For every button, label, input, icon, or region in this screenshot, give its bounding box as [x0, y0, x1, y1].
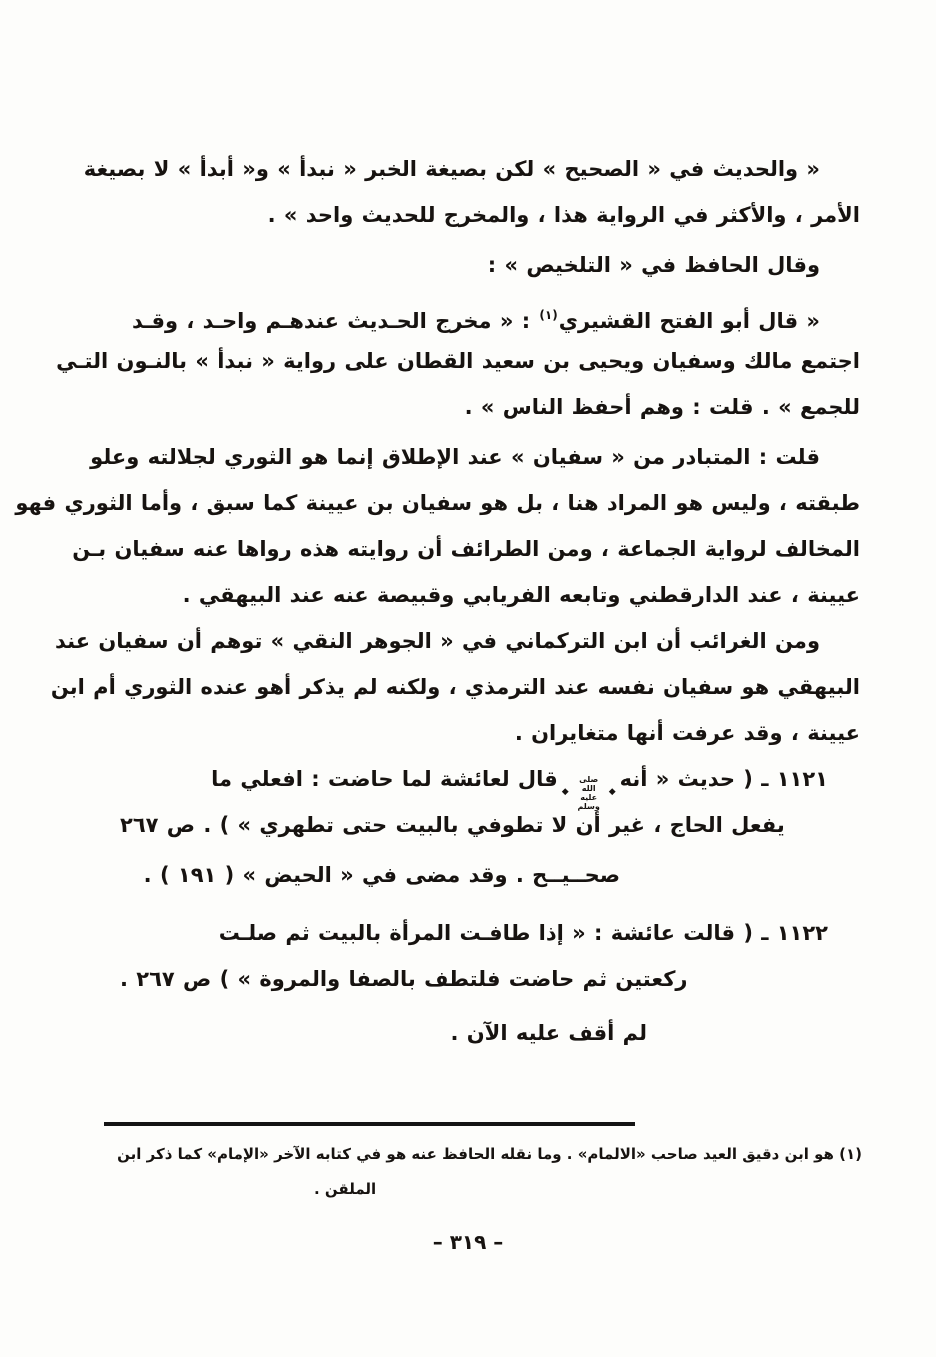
- paragraph4-line1: قلت : المتبادر من « سفيان » عند الإطلاق …: [120, 434, 860, 480]
- paragraph3-line1: « قال أبو الفتح القشيري(١) : « مخرج الحـ…: [120, 292, 860, 338]
- hadith-1121-opening: ١١٢١ ـ ( حديث « أنه: [620, 767, 828, 791]
- paragraph2-line1: وقال الحافظ في « التلخيص » :: [120, 242, 860, 288]
- paragraph3-line3: للجمع » . قلت : وهم أحفظ الناس » .: [120, 384, 860, 430]
- footnote-line1: (١) هو ابن دقيق العيد صاحب «الالمام» . و…: [104, 1137, 862, 1172]
- page-number: – ٣١٩ –: [0, 1230, 936, 1254]
- paragraph3-line2: اجتمع مالك وسفيان ويحيى بن سعيد القطان ع…: [120, 338, 860, 384]
- hadith-1122-verdict: لم أقف عليه الآن .: [120, 1010, 860, 1056]
- footnote-block: (١) هو ابن دقيق العيد صاحب «الالمام» . و…: [104, 1122, 862, 1207]
- paragraph4-line4: عيينة ، عند الدارقطني وتابعه الفريابي وق…: [120, 572, 860, 618]
- paragraph3-line1-rest: : « مخرج الحـديث عندهـم واحـد ، وقـد: [132, 309, 538, 333]
- paragraph5-line1: ومن الغرائب أن ابن التركماني في « الجوهر…: [120, 618, 860, 664]
- footnote-line2: الملقن .: [104, 1172, 862, 1207]
- ornament-left-icon: ◆: [562, 788, 569, 797]
- paragraph4-line2: طبقته ، وليس هو المراد هنا ، بل هو سفيان…: [120, 480, 860, 526]
- footnote-reference-1: (١): [539, 308, 557, 322]
- footnote-separator-rule: [104, 1122, 635, 1126]
- paragraph5-line2: البيهقي هو سفيان نفسه عند الترمذي ، ولكن…: [120, 664, 860, 710]
- hadith-1122-line1: ١١٢٢ ـ ( قالت عائشة : « إذا طافـت المرأة…: [120, 910, 860, 956]
- book-page: « والحديث في « الصحيح » لكن بصيغة الخبر …: [0, 0, 936, 1357]
- hadith-1121-continuation: قال لعائشة لما حاضت : افعلي ما: [211, 767, 558, 791]
- hadith-1121-line1: ١١٢١ ـ ( حديث « أنه◆صلى اللهعليه وسلم◆قا…: [120, 756, 860, 802]
- hadith-1122-line2: ركعتين ثم حاضت فلتطف بالصفا والمروة » ) …: [120, 956, 860, 1002]
- hadith-1121-verdict: صحــيــح . وقد مضى في « الحيض » ( ١٩١ ) …: [120, 852, 860, 898]
- paragraph3-line1-text: « قال أبو الفتح القشيري: [559, 309, 820, 333]
- paragraph1-line2: الأمر ، والأكثر في الرواية هذا ، والمخرج…: [120, 192, 860, 238]
- paragraph5-line3: عيينة ، وقد عرفت أنها متغايران .: [120, 710, 860, 756]
- hadith-1121-line2: يفعل الحاج ، غير أن لا تطوفي بالبيت حتى …: [120, 802, 860, 848]
- paragraph4-line3: المخالف لرواية الجماعة ، ومن الطرائف أن …: [120, 526, 860, 572]
- page-body: « والحديث في « الصحيح » لكن بصيغة الخبر …: [120, 146, 860, 1056]
- ornament-right-icon: ◆: [609, 788, 616, 797]
- honorific-top: صلى الله: [571, 775, 607, 793]
- paragraph1-line1: « والحديث في « الصحيح » لكن بصيغة الخبر …: [120, 146, 860, 192]
